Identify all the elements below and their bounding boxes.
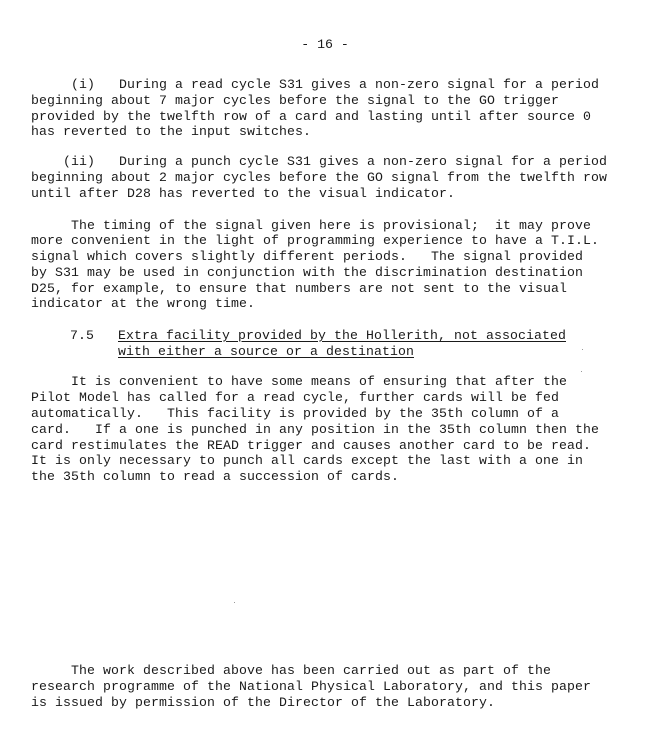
section-title-line: Extra facility provided by the Hollerith…	[118, 328, 566, 344]
text-line: the 35th column to read a succession of …	[31, 469, 399, 485]
text-line: has reverted to the input switches.	[31, 124, 311, 140]
text-line: more convenient in the light of programm…	[31, 233, 599, 249]
text-line: (i) During a read cycle S31 gives a non-…	[31, 77, 599, 93]
text-line: card. If a one is punched in any positio…	[31, 422, 599, 438]
text-line: beginning about 7 major cycles before th…	[31, 93, 559, 109]
text-line: is issued by permission of the Director …	[31, 695, 495, 711]
text-line: beginning about 2 major cycles before th…	[31, 170, 607, 186]
text-line: signal which covers slightly different p…	[31, 249, 583, 265]
section-number: 7.5	[70, 328, 94, 344]
text-line: automatically. This facility is provided…	[31, 406, 559, 422]
text-line: provided by the twelfth row of a card an…	[31, 109, 591, 125]
text-line: Pilot Model has called for a read cycle,…	[31, 390, 559, 406]
text-line: research programme of the National Physi…	[31, 679, 591, 695]
text-line: until after D28 has reverted to the visu…	[31, 186, 455, 202]
text-line: It is convenient to have some means of e…	[31, 374, 567, 390]
text-line: The timing of the signal given here is p…	[31, 218, 591, 234]
text-line: It is only necessary to punch all cards …	[31, 453, 583, 469]
page-number: - 16 -	[0, 37, 650, 53]
scan-speck	[582, 349, 583, 350]
text-line: The work described above has been carrie…	[31, 663, 551, 679]
scan-speck	[234, 602, 235, 603]
text-line: card restimulates the READ trigger and c…	[31, 438, 591, 454]
text-line: indicator at the wrong time.	[31, 296, 255, 312]
text-line: by S31 may be used in conjunction with t…	[31, 265, 583, 281]
text-line: (ii) During a punch cycle S31 gives a no…	[31, 154, 607, 170]
text-line: D25, for example, to ensure that numbers…	[31, 281, 567, 297]
section-title-line: with either a source or a destination	[118, 344, 414, 360]
scan-speck	[581, 371, 582, 372]
